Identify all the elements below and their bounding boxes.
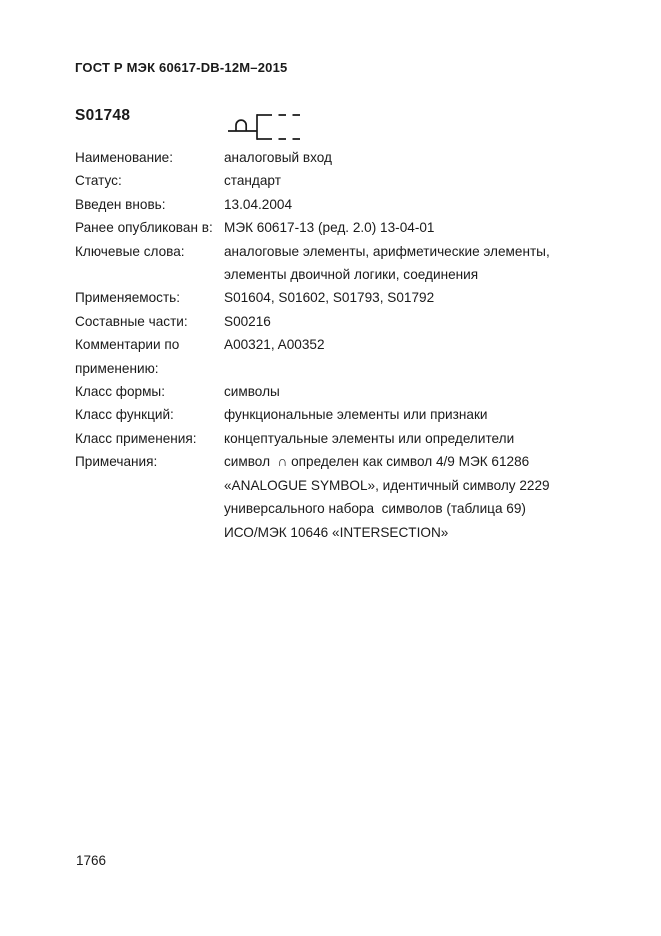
field-row: Наименование: аналоговый вход [75,146,600,169]
analogue-input-symbol-icon [226,109,306,145]
field-value: 13.04.2004 [224,193,600,216]
field-value: концептуальные элементы или определители [224,427,600,450]
field-row: Ключевые слова: аналоговые элементы, ари… [75,240,600,287]
document-standard-title: ГОСТ Р МЭК 60617-DB-12M–2015 [75,60,287,75]
document-page: ГОСТ Р МЭК 60617-DB-12M–2015 S01748 Наим… [0,0,661,936]
field-value: A00321, A00352 [224,333,600,356]
field-label: Класс формы: [75,380,224,403]
page-number: 1766 [76,853,106,868]
field-label: Статус: [75,169,224,192]
field-value: S01604, S01602, S01793, S01792 [224,286,600,309]
field-row: Применяемость: S01604, S01602, S01793, S… [75,286,600,309]
field-row: Комментарии по применению: A00321, A0035… [75,333,600,380]
field-value: функциональные элементы или признаки [224,403,600,426]
field-label: Комментарии по применению: [75,333,224,380]
field-label: Наименование: [75,146,224,169]
field-row: Примечания: символ ∩ определен как симво… [75,450,600,544]
field-row: Класс формы: символы [75,380,600,403]
symbol-intersection-glyph [236,120,246,131]
field-row: Класс применения: концептуальные элемент… [75,427,600,450]
field-row: Введен вновь: 13.04.2004 [75,193,600,216]
field-value: аналоговый вход [224,146,600,169]
field-row: Составные части: S00216 [75,310,600,333]
field-label: Примечания: [75,450,224,473]
field-value: аналоговые элементы, арифметические элем… [224,240,600,287]
symbol-properties-list: Наименование: аналоговый вход Статус: ст… [75,146,600,544]
field-label: Составные части: [75,310,224,333]
field-value: МЭК 60617-13 (ред. 2.0) 13-04-01 [224,216,600,239]
symbol-id: S01748 [75,107,130,125]
field-label: Класс функций: [75,403,224,426]
field-row: Ранее опубликован в: МЭК 60617-13 (ред. … [75,216,600,239]
field-label: Ранее опубликован в: [75,216,224,239]
field-value: S00216 [224,310,600,333]
field-row: Класс функций: функциональные элементы и… [75,403,600,426]
field-label: Применяемость: [75,286,224,309]
field-label: Ключевые слова: [75,240,224,263]
field-row: Статус: стандарт [75,169,600,192]
field-label: Класс применения: [75,427,224,450]
field-value: символы [224,380,600,403]
field-label: Введен вновь: [75,193,224,216]
field-value: стандарт [224,169,600,192]
field-value: символ ∩ определен как символ 4/9 МЭК 61… [224,450,600,544]
